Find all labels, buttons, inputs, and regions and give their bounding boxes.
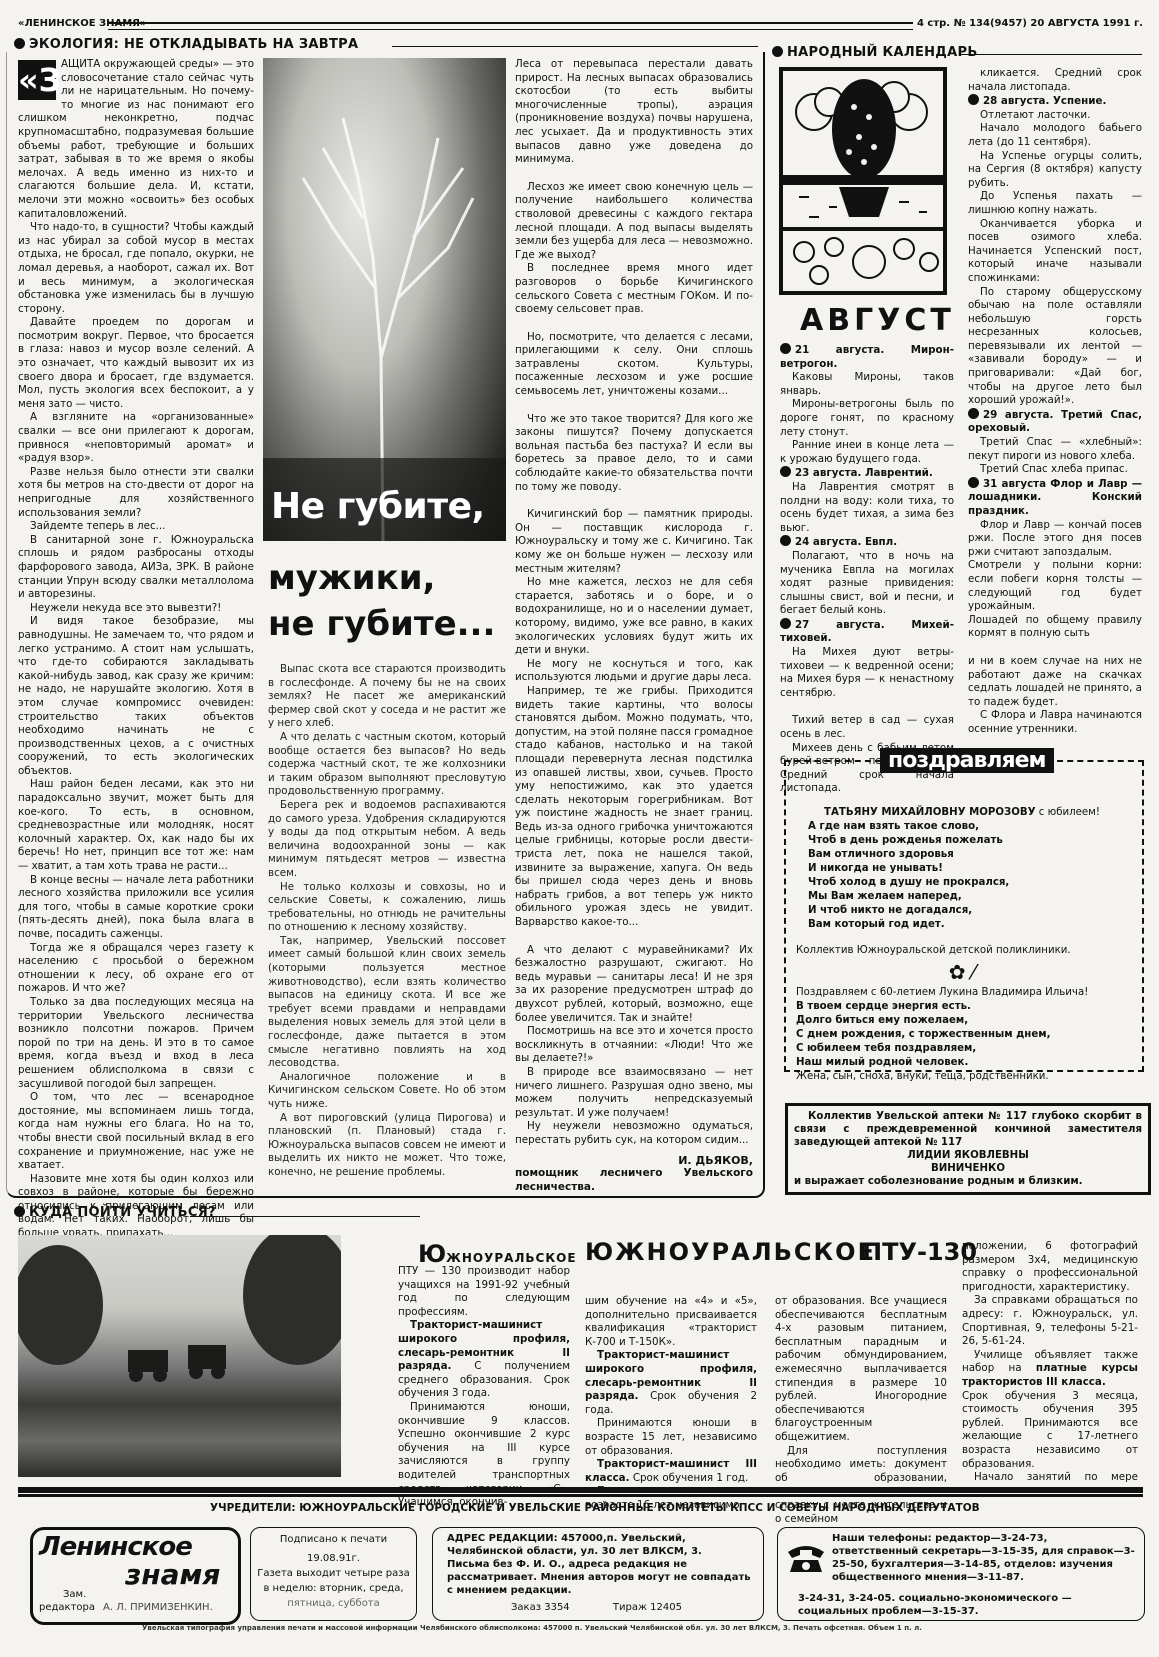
school-lead-title: ЮЖНОУРАЛЬСКОЕ xyxy=(418,1240,577,1268)
ecology-column-3: Леса от перевыпаса перестали давать прир… xyxy=(515,58,753,1194)
tree-flowers-illustration-icon xyxy=(779,67,947,295)
month-title: АВГУСТ xyxy=(800,303,955,338)
school-rubric: КУДА ПОЙТИ УЧИТЬСЯ? xyxy=(14,1205,216,1220)
congrats-poem-2: В твоем сердце энергия есть.Долго биться… xyxy=(786,1000,1138,1070)
founders-line: УЧРЕДИТЕЛИ: ЮЖНОУРАЛЬСКИЕ ГОРОДСКИЕ И УВ… xyxy=(210,1502,980,1514)
school-headline-left: ЮЖНОУРАЛЬСКОЕ xyxy=(585,1238,876,1266)
order-number: 3354 xyxy=(544,1602,569,1613)
calendar-paragraph: Мироны-ветрогоны быль по дороге гонят, п… xyxy=(780,398,954,439)
congrats-intro-2: Поздравляем с 60-летием Лукина Владимира… xyxy=(786,986,1138,1000)
bullet-icon xyxy=(968,94,979,105)
school-column-2: шим обучение на «4» и «5», дополнительно… xyxy=(585,1295,757,1513)
school-column-4: положении, 6 фотографий размером 3х4, ме… xyxy=(962,1240,1138,1498)
footer-rule xyxy=(18,1487,1143,1494)
calendar-date-heading: 24 августа. Евпл. xyxy=(780,535,954,550)
ecology-rubric: ЭКОЛОГИЯ: НЕ ОТКЛАДЫВАТЬ НА ЗАВТРА xyxy=(14,37,358,52)
congrats-banner: поздравляем xyxy=(880,748,1054,773)
logo-line-2: знамя xyxy=(125,1558,220,1591)
issue-info: 4 стр. № 134(9457) 20 АВГУСТА 1991 г. xyxy=(917,18,1143,29)
calendar-paragraph: Оканчивается уборка и посев озимого хлеб… xyxy=(968,218,1142,286)
bullet-icon xyxy=(780,535,791,546)
tractor-field-icon xyxy=(18,1235,341,1477)
calendar-column-right: кликается. Средний срок начала листопада… xyxy=(968,67,1142,737)
calendar-paragraph: На Лаврентия смотрят в полдни на воду: к… xyxy=(780,481,954,535)
congrats-from-2: Жена, сын, сноха, внуки, теща, родственн… xyxy=(786,1070,1138,1084)
bullet-icon xyxy=(968,477,979,488)
calendar-paragraph: По старому общерусскому обычаю на поле о… xyxy=(968,286,1142,408)
author-name: И. ДЬЯКОВ, xyxy=(515,1154,753,1168)
school-paragraph: Срок обучения 3 месяца, стоимость обучен… xyxy=(962,1390,1138,1472)
circulation: 12405 xyxy=(650,1602,682,1613)
tractor-photo xyxy=(18,1235,341,1477)
rubric-rule xyxy=(960,54,1142,55)
bullet-icon xyxy=(968,408,979,419)
school-column-1: ПТУ — 130 производит набор учащихся на 1… xyxy=(398,1265,570,1510)
school-paragraph: Начало занятий по мере комплектования гр… xyxy=(962,1471,1138,1498)
birch-tree-icon xyxy=(263,58,506,541)
school-paragraph: За справками обращаться по адресу: г. Юж… xyxy=(962,1294,1138,1348)
calendar-paragraph: Отлетают ласточки. xyxy=(968,109,1142,123)
congrats-from-1: Коллектив Южноуральской детской поликлин… xyxy=(786,944,1138,958)
bullet-icon xyxy=(772,46,783,57)
school-paragraph: Принимаются юноши в возрасте 15 лет, нез… xyxy=(585,1417,757,1458)
congrats-name-1: ТАТЬЯНУ МИХАЙЛОВНУ МОРОЗОВУ xyxy=(824,807,1036,818)
phones-box: Наши телефоны: редактор—3-24-73, ответст… xyxy=(777,1527,1145,1621)
calendar-paragraph: Смотрели у полыни корни: если побеги кор… xyxy=(968,559,1142,613)
headline: мужики, не губите... xyxy=(268,555,495,647)
flower-icon: ✿ ⁄ xyxy=(786,958,1138,986)
calendar-paragraph: и ни в коем случае на них не работают да… xyxy=(968,655,1142,709)
deputy-label: Зам. редактора xyxy=(55,1588,95,1614)
calendar-rubric: НАРОДНЫЙ КАЛЕНДАРЬ xyxy=(772,45,978,60)
school-paragraph: Тракторист-машинист широкого профиля, сл… xyxy=(398,1319,570,1401)
school-paragraph: шим обучение на «4» и «5», дополнительно… xyxy=(585,1295,757,1349)
school-paragraph: от образования. Все учащиеся обеспечиваю… xyxy=(775,1295,947,1445)
calendar-paragraph: Тихий ветер в сад — сухая осень в лес. xyxy=(780,714,954,741)
masthead: «ЛЕНИНСКОЕ ЗНАМЯ» 4 стр. № 134(9457) 20 … xyxy=(18,18,1143,34)
address-box: АДРЕС РЕДАКЦИИ: 457000,п. Увельский, Чел… xyxy=(432,1527,764,1621)
calendar-paragraph: Флор и Лавр — кончай посев ржи. После эт… xyxy=(968,519,1142,560)
calendar-paragraph: Каковы Мироны, таков январь. xyxy=(780,371,954,398)
calendar-paragraph: Третий Спас хлеба припас. xyxy=(968,463,1142,477)
bullet-icon xyxy=(780,618,791,629)
calendar-date-heading: 21 августа. Мирон-ветрогон. xyxy=(780,343,954,371)
school-paragraph: ПТУ — 130 производит набор учащихся на 1… xyxy=(398,1265,570,1319)
calendar-paragraph: Ранние инеи в конце лета — к урожаю буду… xyxy=(780,439,954,466)
telephone-icon xyxy=(786,1542,826,1574)
calendar-paragraph: С Флора и Лавра начинаются осенние утрен… xyxy=(968,709,1142,736)
calendar-paragraph: На Успенье огурцы солить, на Сергия (8 о… xyxy=(968,150,1142,191)
rubric-rule xyxy=(392,46,758,47)
calendar-paragraph: Третий Спас — «хлебный»: пекут пироги из… xyxy=(968,436,1142,463)
photo-caption: Не губите, xyxy=(271,486,485,527)
author-title: помощник лесничего Увельского лесничеств… xyxy=(515,1167,753,1194)
ecology-column-1: «З АЩИТА окружающей среды» — это словосо… xyxy=(18,58,254,1241)
bullet-icon xyxy=(780,343,791,354)
deputy-name: А. Л. ПРИМИЗЕНКИН. xyxy=(103,1602,213,1613)
bullet-icon xyxy=(14,38,25,49)
printer-line: Увельская типография управления печати и… xyxy=(142,1624,922,1632)
calendar-woodcut xyxy=(779,67,947,295)
school-paragraph: Тракторист-машинист широкого профиля, сл… xyxy=(585,1349,757,1417)
calendar-paragraph: кликается. Средний срок начала листопада… xyxy=(968,67,1142,94)
calendar-column-left: 21 августа. Мирон-ветрогон.Каковы Мироны… xyxy=(780,343,954,796)
calendar-paragraph: Начало молодого бабьего лета (до 11 сент… xyxy=(968,122,1142,149)
calendar-date-heading: 23 августа. Лаврентий. xyxy=(780,466,954,481)
calendar-date-heading: 27 августа. Михей-тиховей. xyxy=(780,618,954,646)
calendar-date-heading: 31 августа Флор и Лавр — лошадники. Конс… xyxy=(968,477,1142,519)
school-paragraph: Училище объявляет также набор на платные… xyxy=(962,1349,1138,1390)
calendar-paragraph: Полагают, что в ночь на мученика Евпла н… xyxy=(780,550,954,618)
school-headline-right: ПТУ-130 xyxy=(862,1238,977,1266)
calendar-date-heading: 29 августа. Третий Спас, ореховый. xyxy=(968,408,1142,436)
bullet-icon xyxy=(14,1206,25,1217)
ecology-column-2: Выпас скота все стараются производить в … xyxy=(268,663,506,1180)
school-paragraph: положении, 6 фотографий размером 3х4, ме… xyxy=(962,1240,1138,1294)
masthead-rule xyxy=(108,22,913,30)
calendar-paragraph: До Успенья пахать — лишнюю копну нажать. xyxy=(968,190,1142,217)
logo-box: Ленинское знамя Зам. редактора А. Л. ПРИ… xyxy=(30,1527,241,1625)
calendar-paragraph: На Михея дуют ветры-тиховеи — к ведренно… xyxy=(780,646,954,700)
print-info-box: Подписано к печати 19.08.91г. Газета вых… xyxy=(250,1527,417,1621)
obituary-box: Коллектив Увельской аптеки № 117 глубоко… xyxy=(785,1103,1151,1195)
forest-photo: Не губите, xyxy=(263,58,506,541)
calendar-date-heading: 28 августа. Успение. xyxy=(968,94,1142,109)
school-paragraph: Тракторист-машинист III класса. Срок обу… xyxy=(585,1458,757,1485)
rubric-rule xyxy=(190,1216,420,1217)
congrats-box: поздравляем ТАТЬЯНУ МИХАЙЛОВНУ МОРОЗОВУ … xyxy=(784,760,1144,1072)
bullet-icon xyxy=(780,466,791,477)
congrats-poem-1: А где нам взять такое слово,Чтоб в день … xyxy=(786,820,1138,932)
calendar-paragraph: Лошадей по общему правилу кормят в полну… xyxy=(968,614,1142,641)
drop-cap: «З xyxy=(18,60,56,100)
